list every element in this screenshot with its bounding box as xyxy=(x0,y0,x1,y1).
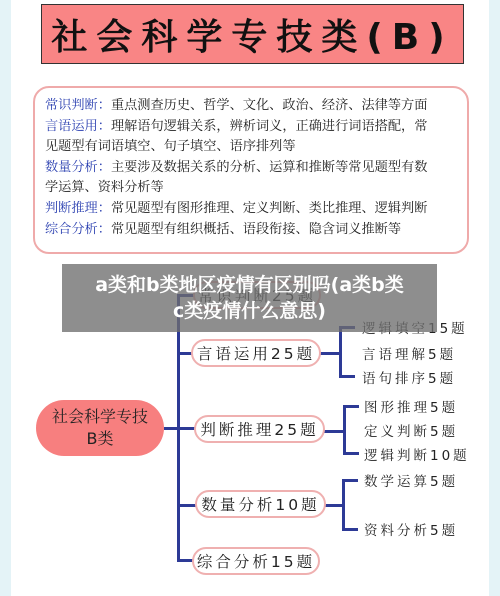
connector xyxy=(177,559,193,562)
info-line: 言语运用：理解语句逻辑关系，辨析词义，正确进行词语搭配，常 xyxy=(45,117,467,138)
branch-node-shuliang: 数量分析10题 xyxy=(195,490,326,518)
page-title: 社会科学专技类(B) xyxy=(41,4,464,64)
info-line: 见题型有词语填空、句子填空、语序排列等 xyxy=(45,137,467,158)
leaf-item: 逻辑判断10题 xyxy=(364,444,470,464)
info-line: 数量分析：主要涉及数据关系的分析、运算和推断等常见题型有数 xyxy=(45,158,467,179)
connector xyxy=(343,452,359,455)
overlay-line: c类疫情什么意思) xyxy=(173,298,326,324)
connector xyxy=(342,528,358,531)
connector xyxy=(343,405,346,455)
info-box: 常识判断：重点测查历史、哲学、文化、政治、经济、法律等方面 言语运用：理解语句逻… xyxy=(33,86,469,254)
connector xyxy=(177,427,195,430)
connector xyxy=(343,405,359,408)
connector xyxy=(342,479,358,482)
overlay-line: a类和b类地区疫情有区别吗(a类b类 xyxy=(95,272,404,298)
overlay-caption: a类和b类地区疫情有区别吗(a类b类 c类疫情什么意思) xyxy=(62,264,437,332)
mindmap-root: 社会科学专技 B类 xyxy=(36,400,164,456)
page-title-text: 社会科学专技类(B) xyxy=(51,9,453,60)
leaf-item: 资料分析5题 xyxy=(364,519,458,539)
connector xyxy=(339,375,355,378)
info-line: 常识判断：重点测查历史、哲学、文化、政治、经济、法律等方面 xyxy=(45,96,467,117)
leaf-item: 语句排序5题 xyxy=(362,367,456,387)
info-line: 综合分析：常见题型有组织概括、语段衔接、隐含词义推断等 xyxy=(45,220,467,241)
connector xyxy=(342,479,345,531)
connector xyxy=(324,430,344,433)
info-line: 判断推理：常见题型有图形推理、定义判断、类比推理、逻辑判断 xyxy=(45,199,467,220)
branch-node-zonghe: 综合分析15题 xyxy=(192,547,320,575)
leaf-item: 定义判断5题 xyxy=(364,420,458,440)
leaf-item: 言语理解5题 xyxy=(362,343,456,363)
connector xyxy=(339,326,342,378)
leaf-item: 数学运算5题 xyxy=(364,470,458,490)
branch-node-panduan: 判断推理25题 xyxy=(194,415,325,443)
connector xyxy=(164,427,178,430)
info-line: 学运算、资料分析等 xyxy=(45,178,467,199)
connector xyxy=(177,504,197,507)
branch-node-yanyu: 言语运用25题 xyxy=(191,339,321,367)
connector xyxy=(320,352,340,355)
leaf-item: 图形推理5题 xyxy=(364,396,458,416)
